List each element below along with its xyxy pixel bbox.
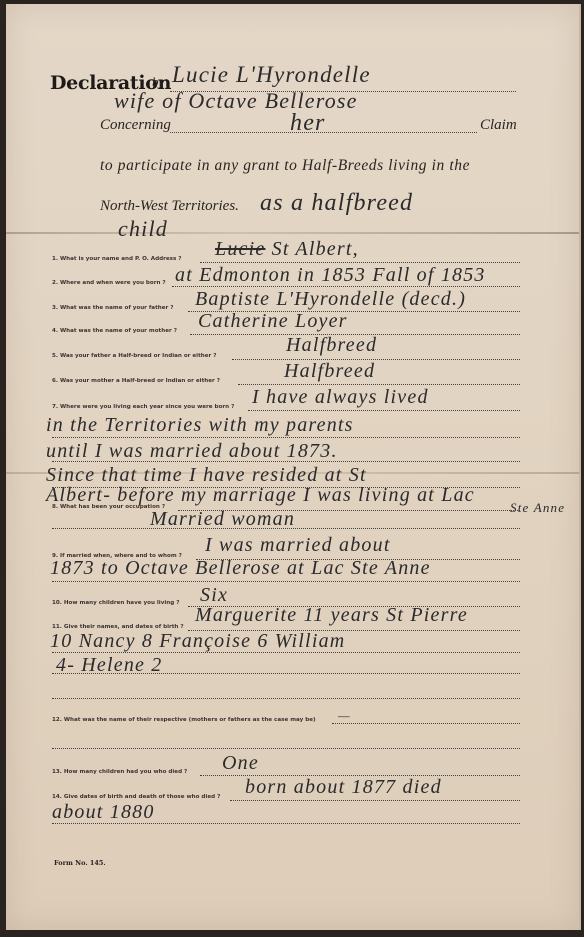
preamble-line-2: North-West Territories.: [100, 198, 239, 215]
question-8: 8. What has been your occupation ?: [52, 504, 165, 510]
declarant-name: Lucie L'Hyrondelle: [172, 62, 371, 88]
answer-6: Halfbreed: [284, 360, 375, 383]
answer-8: Married woman: [150, 508, 295, 531]
fill-line: [248, 410, 520, 411]
fill-line: [52, 748, 520, 749]
concerning-label: Concerning: [100, 117, 171, 134]
question-6: 6. Was your mother a Half-breed or India…: [52, 378, 220, 384]
answer-7-margin-note: Ste Anne: [510, 500, 565, 516]
answer-5: Halfbreed: [286, 334, 377, 357]
answer-12: —: [338, 708, 351, 724]
answer-11-line-3: 4- Helene 2: [56, 654, 163, 677]
question-14: 14. Give dates of birth and death of tho…: [52, 794, 220, 800]
answer-3: Baptiste L'Hyrondelle (decd.): [195, 288, 466, 311]
question-5: 5. Was your father a Half-breed or India…: [52, 353, 217, 359]
answer-2: at Edmonton in 1853 Fall of 1853: [175, 264, 486, 287]
answer-11: Marguerite 11 years St Pierre: [195, 604, 468, 627]
question-4: 4. What was the name of your mother ?: [52, 328, 177, 334]
question-7: 7. Where were you living each year since…: [52, 404, 234, 410]
preamble-handwritten: as a halfbreed: [260, 190, 413, 217]
paper-fold: [6, 232, 579, 234]
fill-line: [238, 384, 520, 385]
fill-line: [332, 723, 520, 724]
answer-9-line-2: 1873 to Octave Bellerose at Lac Ste Anne: [50, 557, 431, 580]
question-13: 13. How many children had you who died ?: [52, 769, 187, 775]
answer-7-line-3: until I was married about 1873.: [46, 440, 338, 463]
answer-11-line-2: 10 Nancy 8 Françoise 6 William: [50, 630, 345, 653]
answer-14: born about 1877 died: [245, 776, 442, 799]
claim-label: Claim: [480, 117, 517, 134]
fill-line: [52, 698, 520, 699]
preamble-handwritten-2: child: [118, 216, 168, 242]
answer-7: I have always lived: [252, 386, 429, 409]
answer-7-line-2: in the Territories with my parents: [46, 414, 354, 437]
question-2: 2. Where and when were you born ?: [52, 280, 166, 286]
preamble-line-1: to participate in any grant to Half-Bree…: [100, 157, 470, 175]
question-12: 12. What was the name of their respectiv…: [52, 717, 316, 723]
question-10: 10. How many children have you living ?: [52, 600, 179, 606]
question-3: 3. What was the name of your father ?: [52, 305, 174, 311]
answer-9: I was married about: [205, 534, 391, 557]
answer-1: Lucie St Albert,: [215, 238, 359, 261]
fill-line: [232, 359, 520, 360]
question-1: 1. What is your name and P. O. Address ?: [52, 256, 182, 262]
answer-4: Catherine Loyer: [198, 310, 348, 333]
concerning-value: her: [290, 110, 326, 137]
fill-line: [52, 581, 520, 582]
answer-13: One: [222, 752, 259, 775]
fill-line: [200, 262, 520, 263]
fill-line: [52, 437, 520, 438]
fill-line: [230, 800, 520, 801]
form-number: Form No. 145.: [54, 859, 106, 867]
answer-14-line-2: about 1880: [52, 801, 155, 824]
